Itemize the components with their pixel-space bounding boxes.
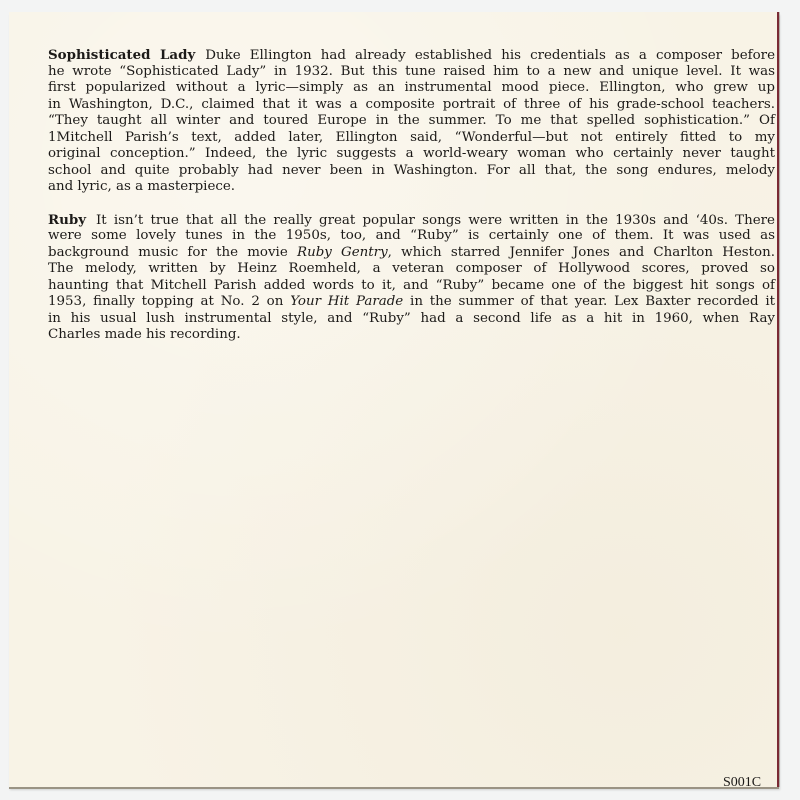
text-line: Charles made his recording. — [48, 327, 775, 344]
text-line: were some lovely tunes in the 1950s, too… — [48, 228, 775, 245]
text-line: 1953, finally topping at No. 2 on Your H… — [48, 294, 775, 311]
section-title: Sophisticated Lady — [48, 47, 195, 63]
text-line: and lyric, as a masterpiece. — [48, 179, 775, 196]
text-line: original conception.” Indeed, the lyric … — [48, 146, 775, 163]
text-line: school and quite probably had never been… — [48, 163, 775, 180]
text-block: Sophisticated LadyDuke Ellington had alr… — [48, 47, 775, 360]
text-line: in Washington, D.C., claimed that it was… — [48, 97, 775, 114]
section-title: Ruby — [48, 212, 86, 228]
section-sophisticated-lady: Sophisticated LadyDuke Ellington had alr… — [48, 47, 775, 196]
text-line: Sophisticated LadyDuke Ellington had alr… — [48, 47, 775, 64]
text-line: background music for the movie Ruby Gent… — [48, 245, 775, 262]
text-line: first popularized without a lyric—simply… — [48, 80, 775, 97]
section-ruby: RubyIt isn’t true that all the really gr… — [48, 212, 775, 344]
catalog-number: S001C — [723, 775, 761, 791]
text-line: haunting that Mitchell Parish added word… — [48, 278, 775, 295]
italic-title: Ruby Gentry — [297, 245, 388, 260]
text-line: 1Mitchell Parish’s text, added later, El… — [48, 130, 775, 147]
text-line: The melody, written by Heinz Roemheld, a… — [48, 261, 775, 278]
italic-title: Your Hit Parade — [290, 294, 403, 309]
text-line: “They taught all winter and toured Europ… — [48, 113, 775, 130]
text-line: in his usual lush instrumental style, an… — [48, 311, 775, 328]
text-line: he wrote “Sophisticated Lady” in 1932. B… — [48, 64, 775, 81]
liner-notes-page: Sophisticated LadyDuke Ellington had alr… — [9, 12, 779, 787]
text-line: RubyIt isn’t true that all the really gr… — [48, 212, 775, 229]
